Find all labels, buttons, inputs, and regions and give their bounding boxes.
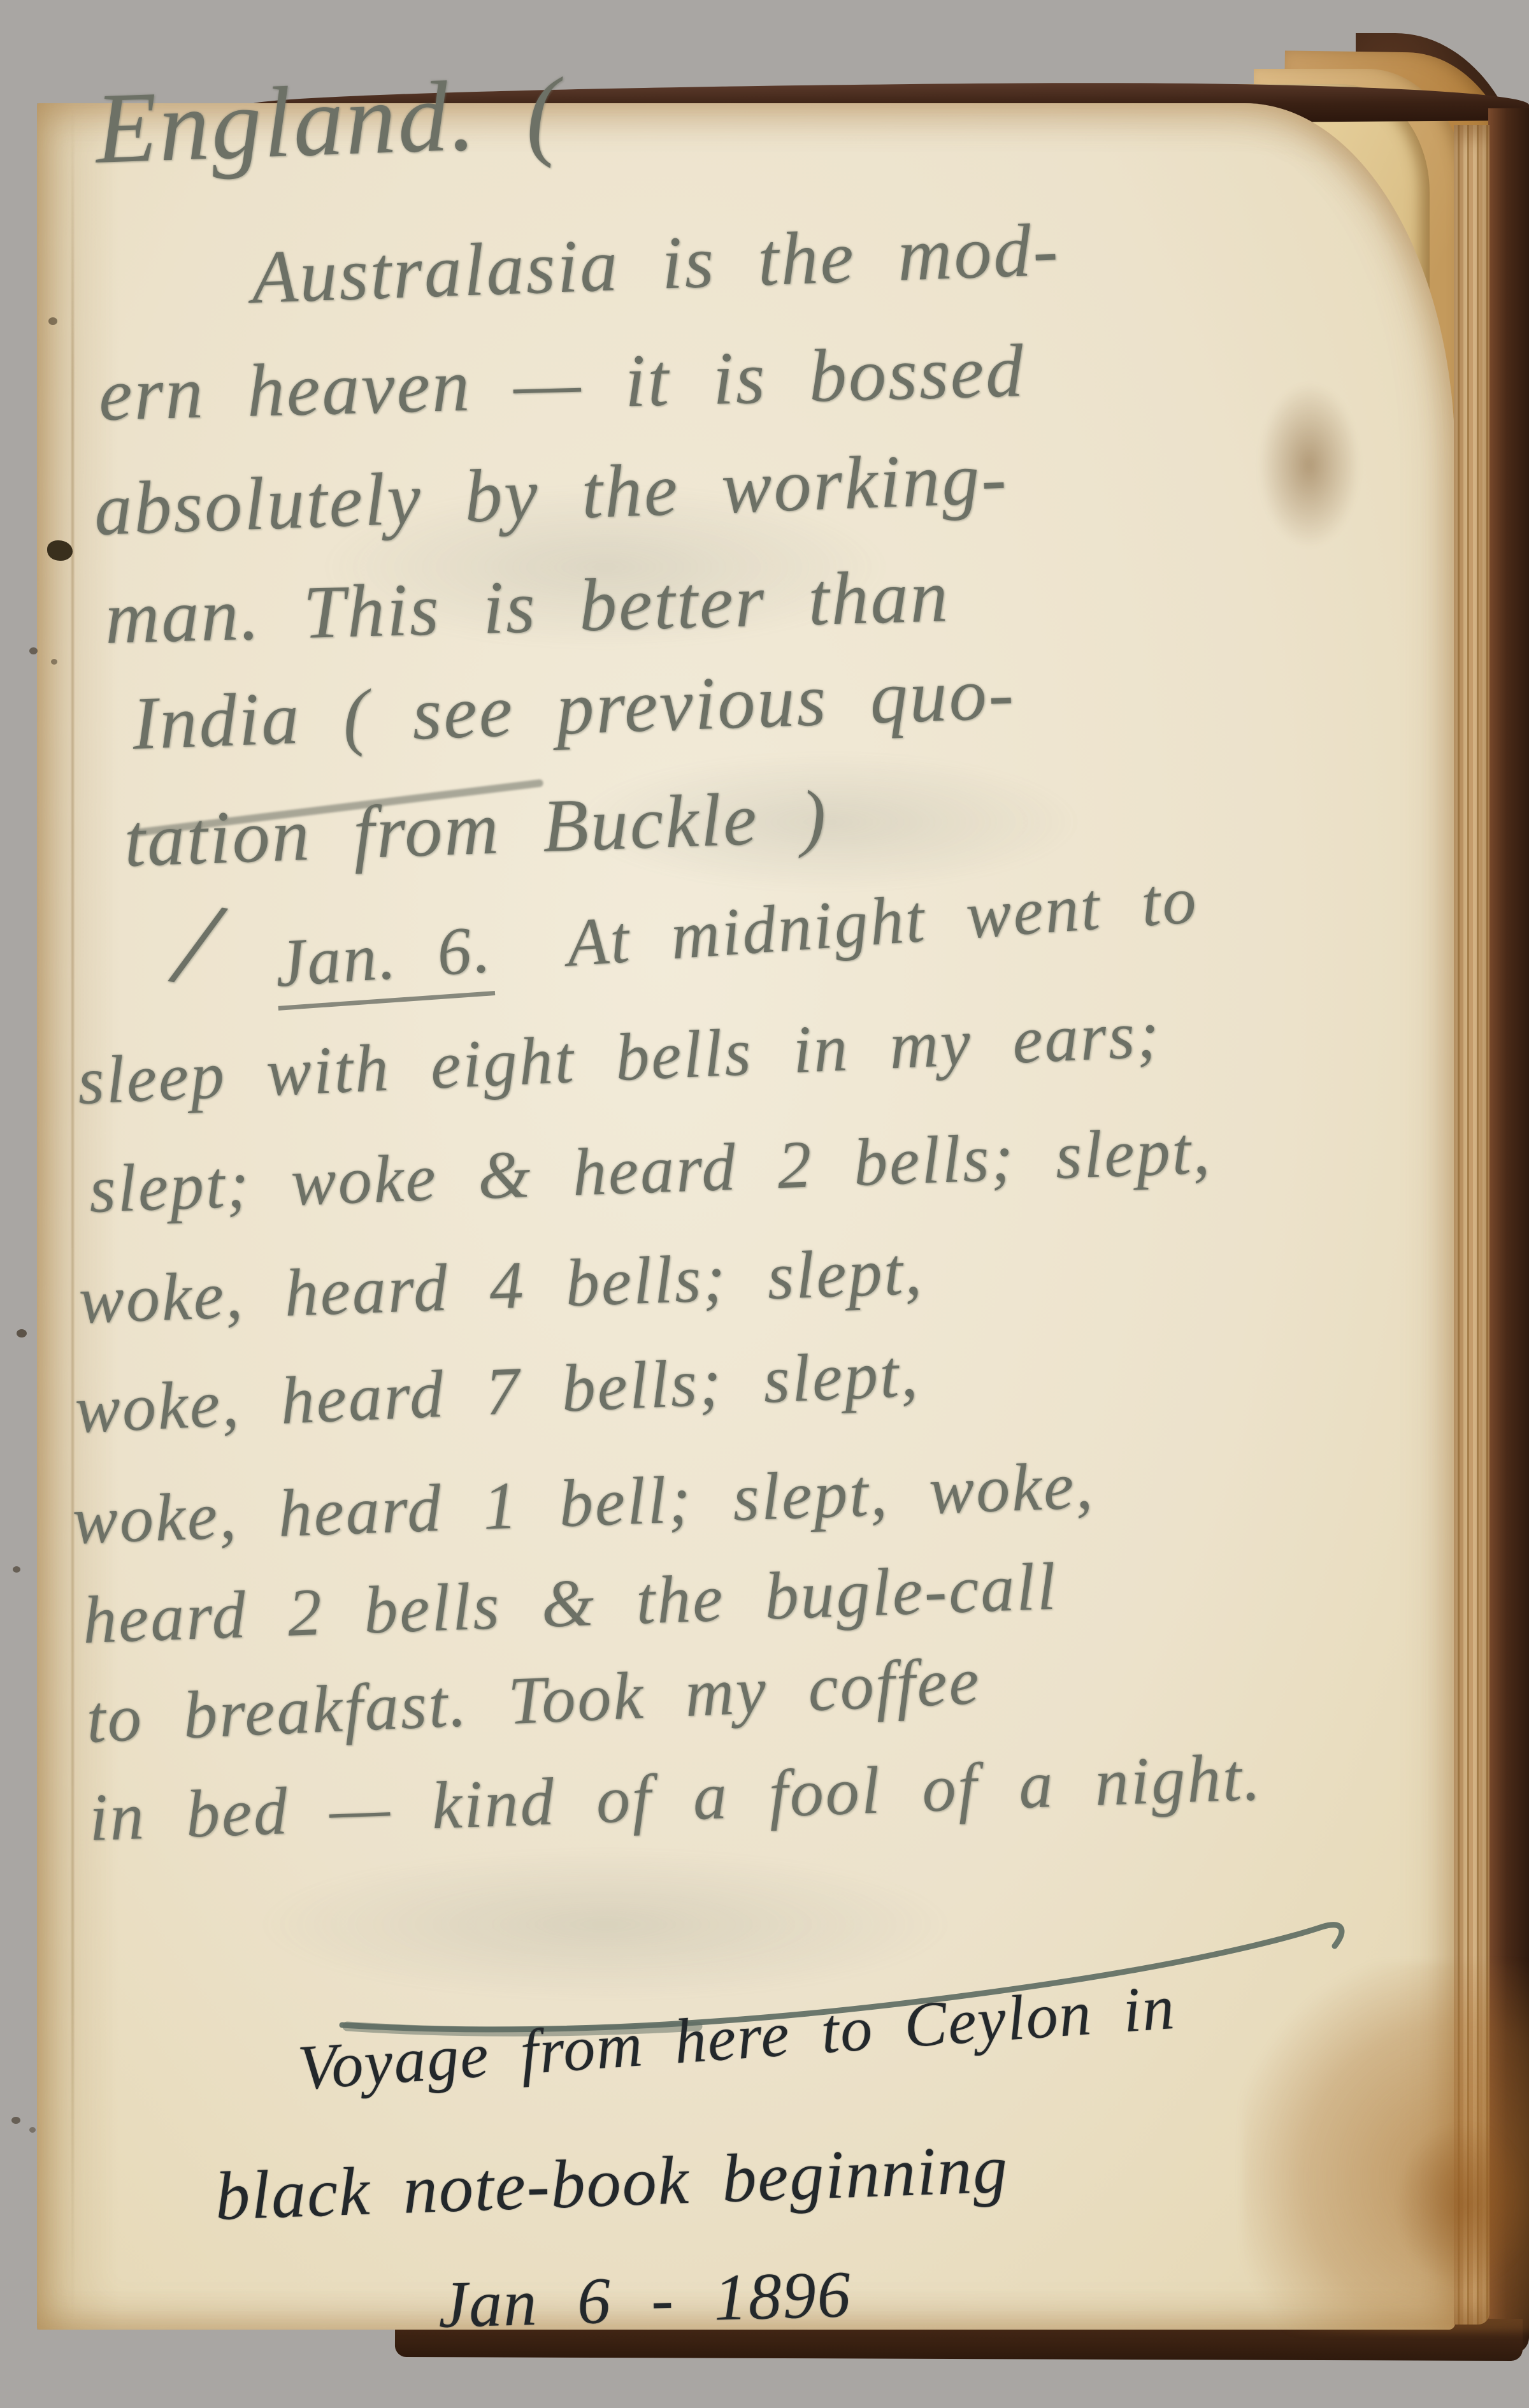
ink-stain-core [1395, 2122, 1529, 2288]
stitch-hole [51, 659, 57, 665]
heading-england: England. ( [94, 55, 563, 187]
stitch-hole [11, 2117, 20, 2124]
gutter-crease [71, 108, 74, 2319]
scanned-notebook-page: England. ( Australasia is the mod- ern h… [0, 0, 1529, 2408]
stitch-hole [29, 2127, 36, 2133]
ink-note-line: Jan 6 - 1896 [437, 2256, 852, 2343]
stitch-hole [29, 647, 38, 654]
jan6-date: Jan. 6. [273, 911, 495, 1010]
stitch-hole [17, 1329, 27, 1337]
stitch-hole [13, 1566, 20, 1573]
stitch-hole [47, 540, 73, 561]
corner-wear-shadow [1258, 382, 1360, 548]
stitch-hole [48, 317, 57, 325]
